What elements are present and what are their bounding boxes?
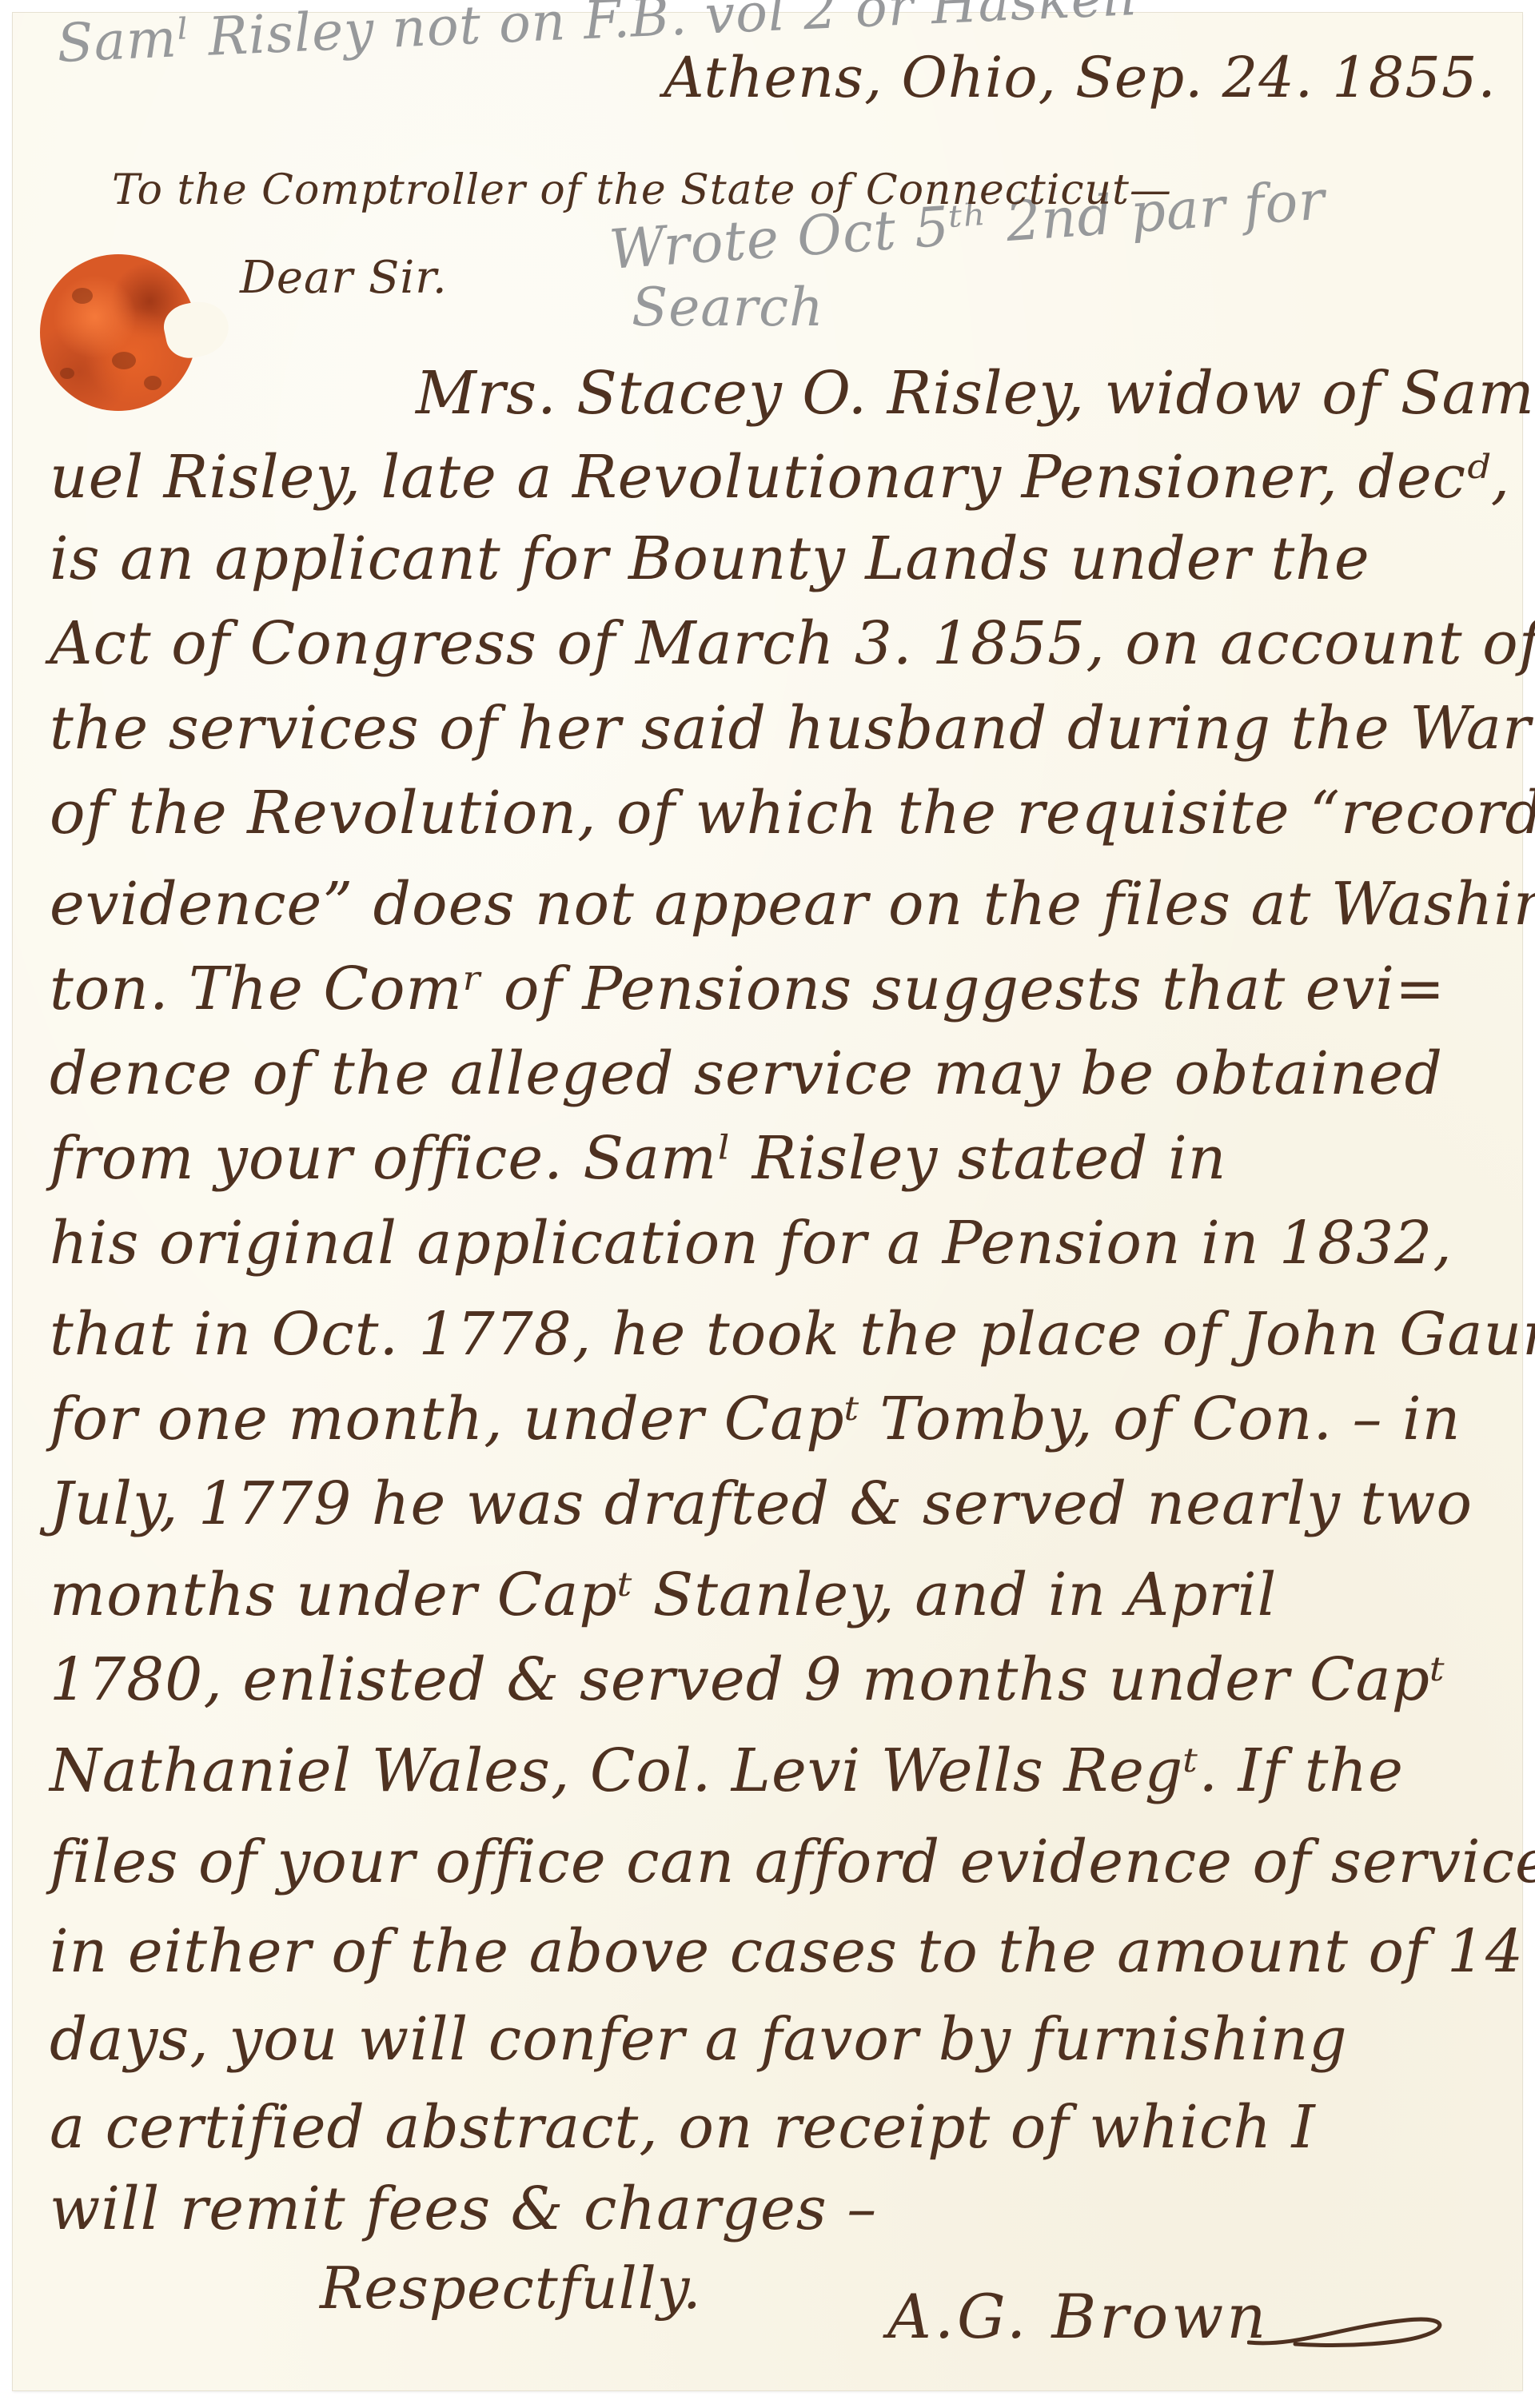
body-line: for one month, under Capᵗ Tomby, of Con.… [50, 1389, 1461, 1449]
body-line: from your office. Samˡ Risley stated in [50, 1129, 1226, 1188]
seal-texture [72, 288, 93, 304]
salutation: Dear Sir. [240, 256, 448, 301]
addressee: To the Comptroller of the State of Conne… [112, 169, 1172, 211]
body-line: July, 1779 he was drafted & served nearl… [50, 1474, 1473, 1533]
body-line: a certified abstract, on receipt of whic… [50, 2098, 1316, 2157]
pencil-note-side-2: Search [632, 281, 824, 334]
body-line: days, you will confer a favor by furnish… [50, 2010, 1348, 2069]
body-line: of the Revolution, of which the requisit… [50, 783, 1535, 843]
body-line: months under Capᵗ Stanley, and in April [50, 1565, 1277, 1625]
body-line: Act of Congress of March 3. 1855, on acc… [50, 614, 1535, 673]
body-line: his original application for a Pension i… [50, 1214, 1453, 1273]
body-line: dence of the alleged service may be obta… [50, 1044, 1443, 1103]
seal-texture [112, 352, 136, 369]
body-line: files of your office can afford evidence… [50, 1832, 1535, 1892]
signature: A.G. Brown [887, 2286, 1269, 2347]
body-line: 1780, enlisted & served 9 months under C… [50, 1650, 1445, 1709]
closing: Respectfully. [320, 2259, 702, 2317]
body-line: will remit fees & charges – [50, 2179, 877, 2239]
body-line: is an applicant for Bounty Lands under t… [50, 529, 1370, 588]
body-line: Nathaniel Wales, Col. Levi Wells Regᵗ. I… [50, 1741, 1404, 1800]
seal-texture [60, 368, 74, 379]
body-line: evidence” does not appear on the files a… [50, 875, 1535, 934]
body-line: that in Oct. 1778, he took the place of … [50, 1305, 1535, 1364]
signature-flourish-icon [1247, 2302, 1455, 2366]
body-line: Mrs. Stacey O. Risley, widow of Sam= [416, 364, 1535, 423]
body-line: ton. The Comʳ of Pensions suggests that … [50, 959, 1445, 1019]
dateline: Athens, Ohio, Sep. 24. 1855. [664, 50, 1497, 106]
body-line: in either of the above cases to the amou… [50, 1922, 1524, 1981]
body-line: the services of her said husband during … [50, 699, 1531, 758]
body-line: uel Risley, late a Revolutionary Pension… [50, 448, 1510, 507]
seal-texture [144, 376, 161, 390]
